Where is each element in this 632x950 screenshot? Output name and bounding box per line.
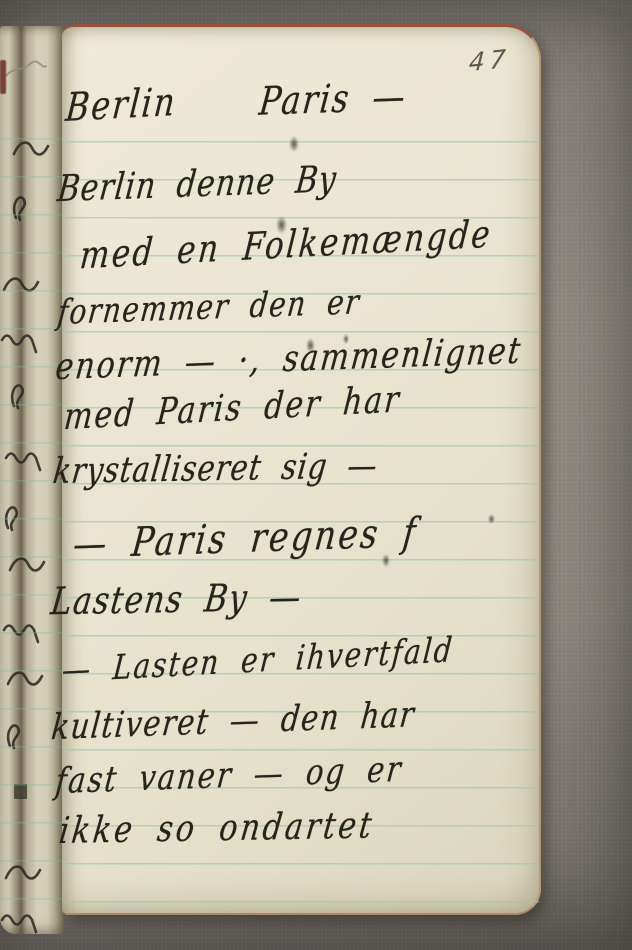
notebook-photograph: 47 BerlinParis —Berlin denne Bymed en Fo… [0, 0, 632, 950]
spine-ruled-lines [0, 138, 64, 924]
page-number: 47 [468, 44, 512, 78]
book-edge-red [0, 60, 6, 94]
notebook-page [62, 24, 541, 915]
ruled-lines [62, 141, 539, 909]
page-stack-edge [0, 26, 64, 934]
ink-fragment [6, 61, 46, 76]
